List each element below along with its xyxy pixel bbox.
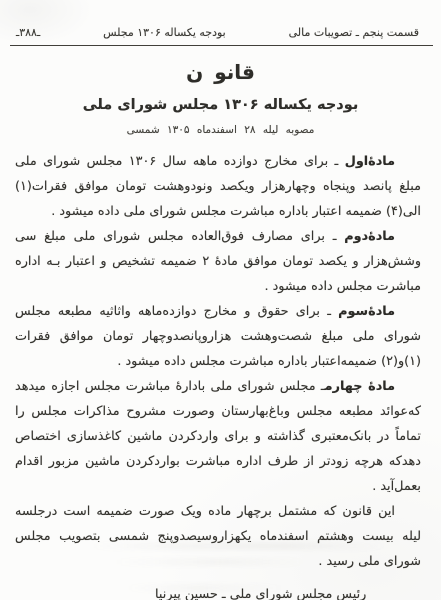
signature-line: رئیس مجلس شورای ملی ـ حسین پیرنیا <box>15 582 421 600</box>
header-chapter-title: بودجه یکساله ۱۳۰۶ مجلس <box>103 26 226 40</box>
article-2: مادۀدوم ـ برای مصارف فوق‌العاده مجلس شور… <box>15 224 421 299</box>
page-number: ـ۳۸۸ـ <box>16 26 40 40</box>
closing-paragraph: این قانون که مشتمل برچهار ماده ویک صورت … <box>15 499 421 574</box>
approval-date-line: مصوبه لیله ۲۸ اسفندماه ۱۳۰۵ شمسی <box>0 124 441 136</box>
article-4: مادۀ چهارمـ مجلس شورای ملی بادارۀ مباشرت… <box>15 374 421 499</box>
article-1-lead: مادۀاول <box>345 154 395 169</box>
scanned-document-page: قسمت پنجم ـ تصویبات مالی بودجه یکساله ۱۳… <box>0 0 441 600</box>
article-3-lead: مادۀسوم <box>338 304 395 319</box>
header-rule-divider <box>10 45 433 46</box>
article-4-text: ـ مجلس شورای ملی بادارۀ مباشرت مجلس اجاز… <box>15 379 421 494</box>
article-2-lead: مادۀدوم <box>344 229 395 244</box>
law-body: مادۀاول ـ برای مخارج دوازده ماهه سال ۱۳۰… <box>0 149 441 600</box>
article-4-lead: مادۀ چهارم <box>325 379 395 394</box>
running-header: قسمت پنجم ـ تصویبات مالی بودجه یکساله ۱۳… <box>0 0 441 40</box>
law-subtitle: بودجه یکساله ۱۳۰۶ مجلس شورای ملی <box>0 97 441 113</box>
law-title: قانو ن <box>0 60 441 84</box>
header-section-title: قسمت پنجم ـ تصویبات مالی <box>289 26 419 40</box>
article-3: مادۀسوم ـ برای حقوق و مخارج دوازده‌ماهه … <box>15 299 421 374</box>
article-1: مادۀاول ـ برای مخارج دوازده ماهه سال ۱۳۰… <box>15 149 421 224</box>
